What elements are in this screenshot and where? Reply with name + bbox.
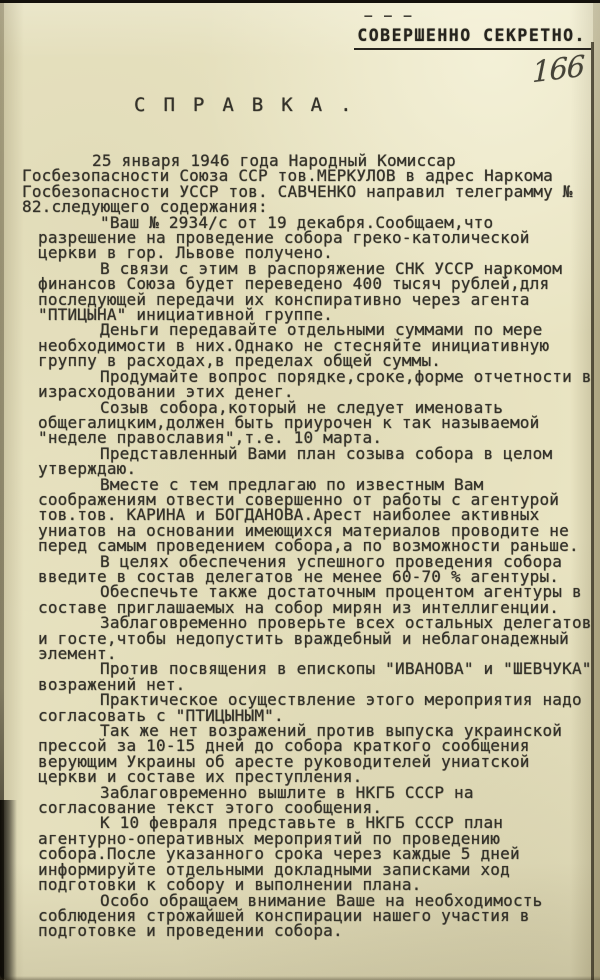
scan-edge-left-corner xyxy=(0,800,20,980)
telegram-paragraph: Особо обращаем внимание Ваше на необходи… xyxy=(38,893,592,939)
telegram-paragraph: К 10 февраля представьте в НКГБ СССР пла… xyxy=(38,815,592,892)
telegram-paragraph: Деньги передавайте отдельными суммами по… xyxy=(38,322,592,368)
document-page: – — – СОВЕРШЕННО СЕКРЕТНО. 166 СПРАВКА. … xyxy=(0,0,600,980)
telegram-text: "Ваш № 2934/с от 19 декабря.Сообщаем,что… xyxy=(38,215,592,939)
telegram-paragraph: Представленный Вами план созыва собора в… xyxy=(38,446,592,477)
telegram-paragraph: Вместе с тем предлагаю по известным Вам … xyxy=(38,477,592,554)
telegram-paragraph: Заблаговременно вышлите в НКГБ СССР на с… xyxy=(38,785,592,816)
stamp-dash-marks: – — – xyxy=(364,9,413,24)
telegram-paragraph: Так же нет возражений против выпуска укр… xyxy=(38,723,592,785)
handwritten-page-number: 166 xyxy=(532,49,585,90)
telegram-paragraph: Практическое осуществление этого меропри… xyxy=(38,692,592,723)
secrecy-stamp: – — – СОВЕРШЕННО СЕКРЕТНО. xyxy=(354,26,591,50)
scan-edge-left xyxy=(0,3,4,980)
intro-paragraph: 25 января 1946 года Народный Комиссар Го… xyxy=(22,153,592,215)
telegram-paragraph: В связи с этим в распоряжение СНК УССР н… xyxy=(38,261,592,323)
document-title: СПРАВКА. xyxy=(134,95,592,115)
telegram-paragraph: "Ваш № 2934/с от 19 декабря.Сообщаем,что… xyxy=(38,215,592,261)
scan-edge-top xyxy=(0,0,600,3)
secrecy-stamp-text: СОВЕРШЕННО СЕКРЕТНО. xyxy=(354,26,591,50)
telegram-paragraph: Заблаговременно проверьте всех остальных… xyxy=(38,615,592,661)
telegram-paragraph: В целях обеспечения успешного проведения… xyxy=(38,554,592,585)
telegram-paragraph: Продумайте вопрос порядке,сроке,форме от… xyxy=(38,369,592,400)
scan-edge-right xyxy=(593,3,600,980)
scan-edge-bottom xyxy=(0,976,600,980)
telegram-paragraph: Обеспечьте также достаточным процентом а… xyxy=(38,584,592,615)
telegram-paragraph: Против посвящения в епископы "ИВАНОВА" и… xyxy=(38,661,592,692)
telegram-paragraph: Созыв собора,который не следует именоват… xyxy=(38,400,592,446)
document-body: СПРАВКА. 25 января 1946 года Народный Ко… xyxy=(22,95,592,939)
